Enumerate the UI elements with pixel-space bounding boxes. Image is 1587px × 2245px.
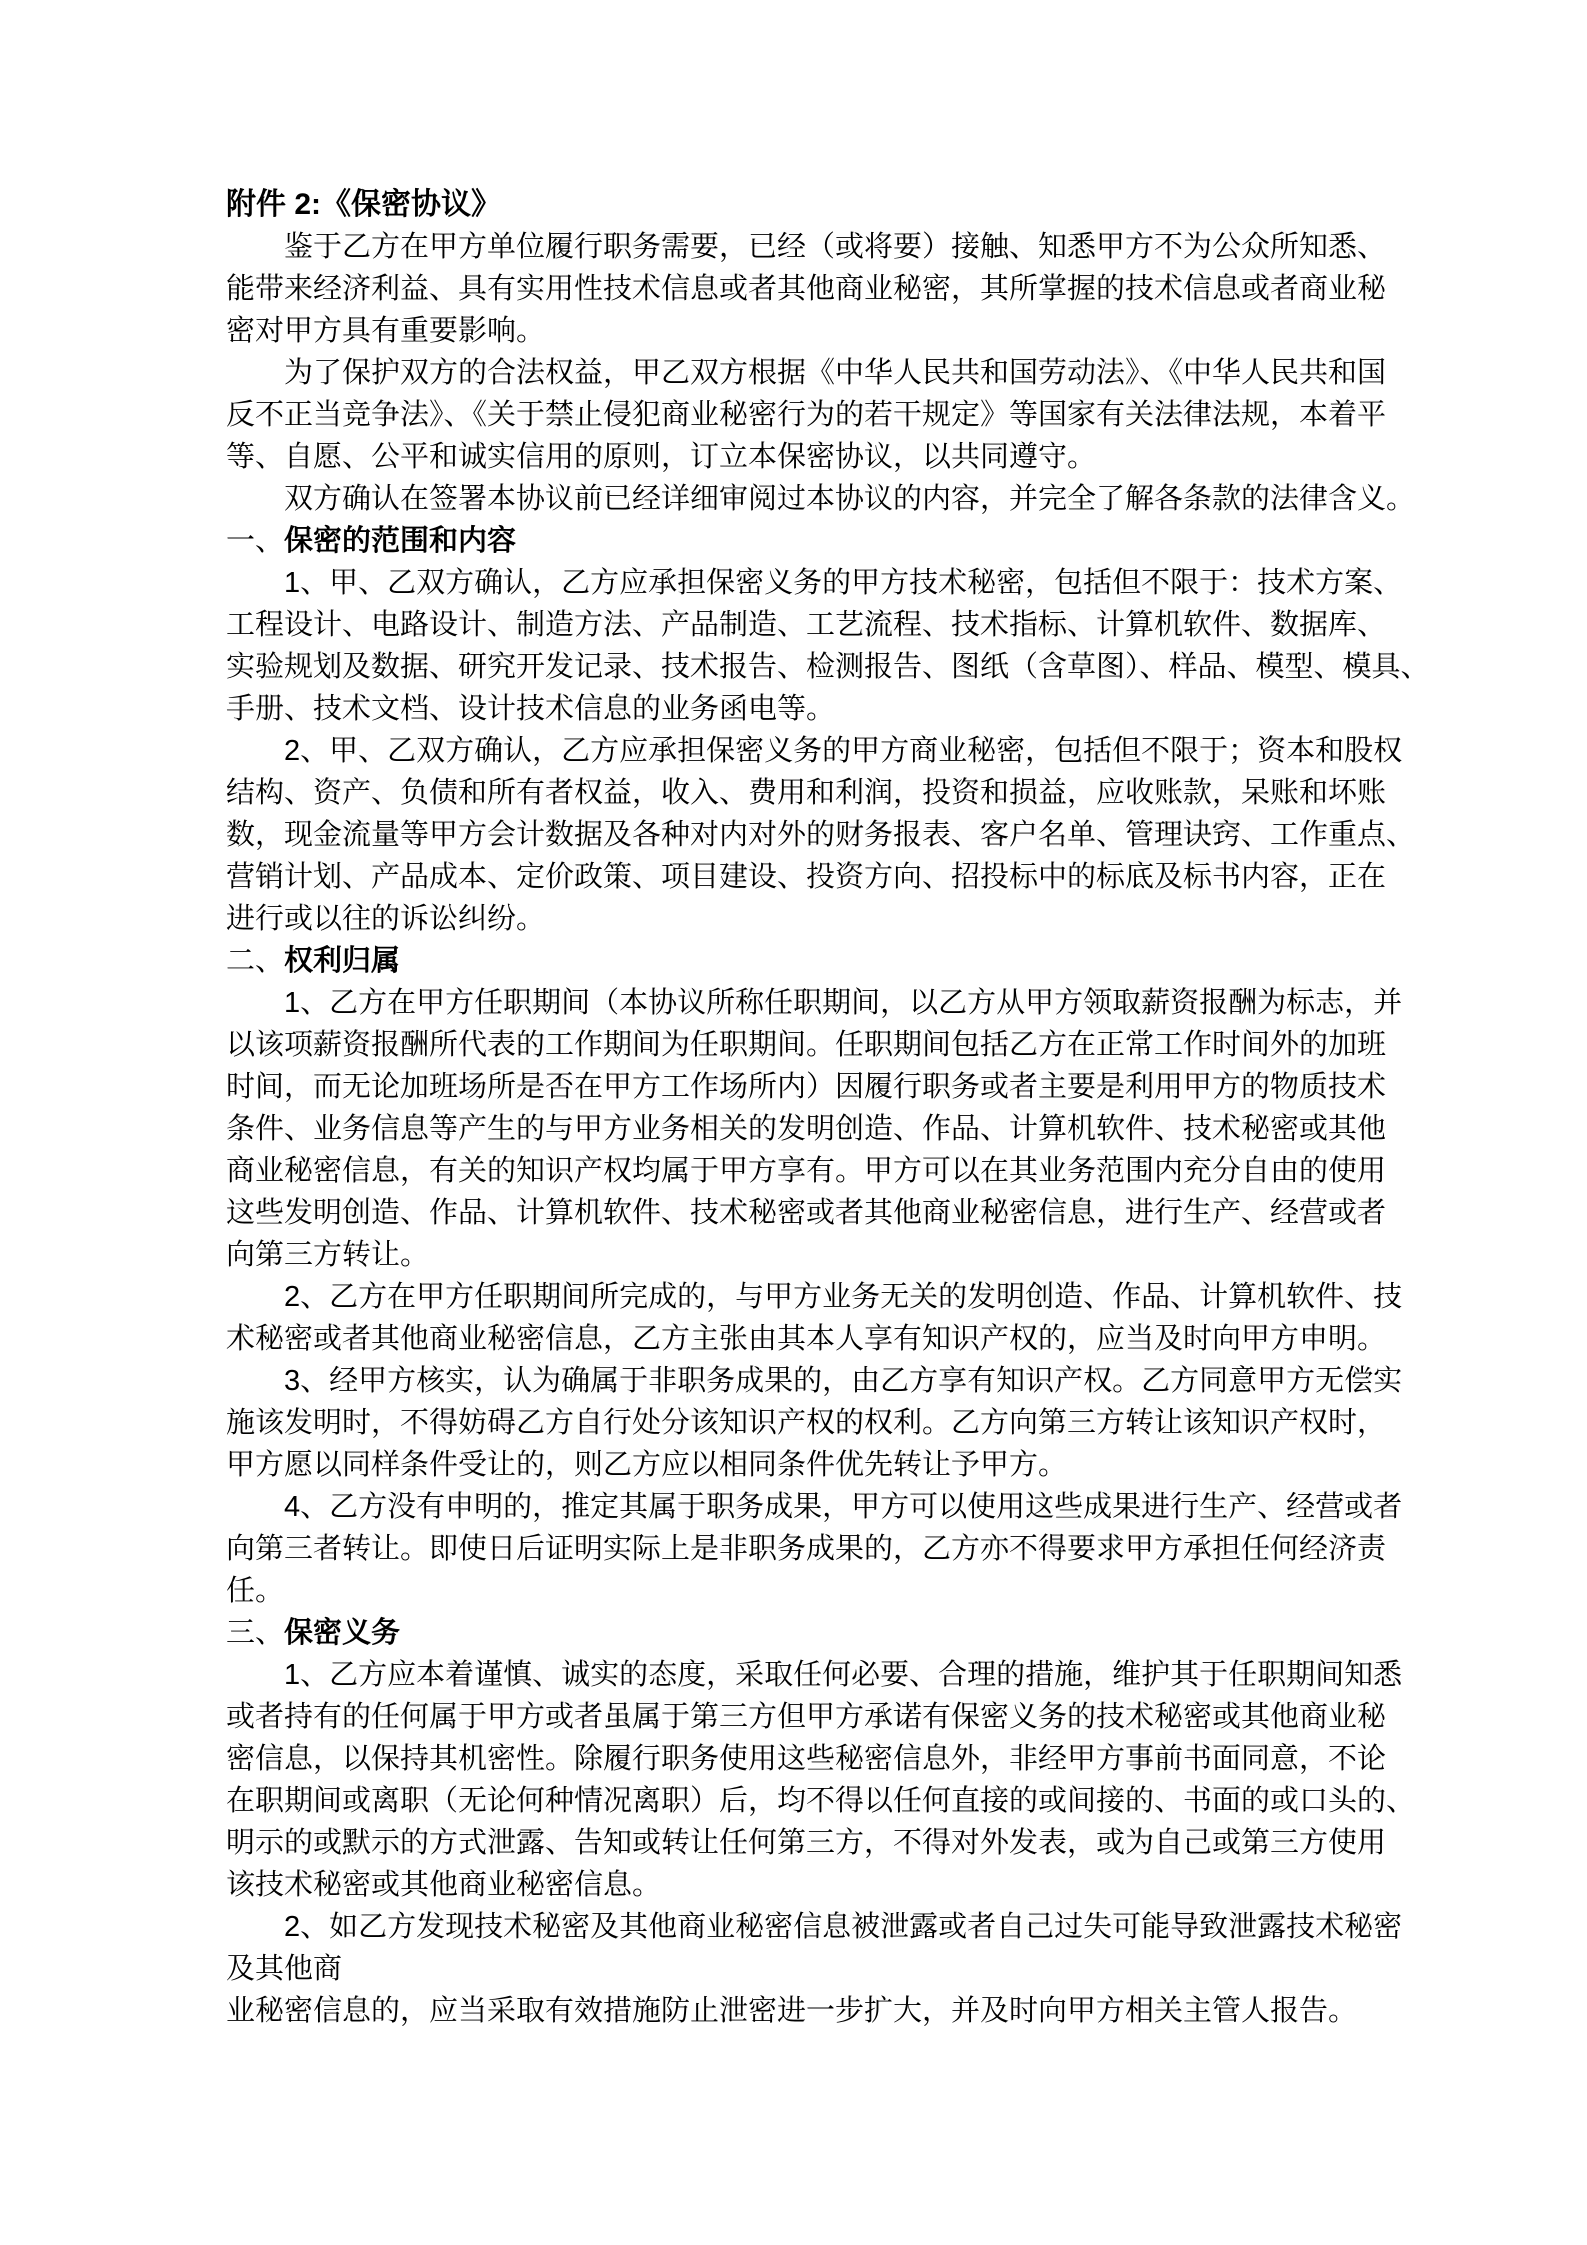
paragraph: 1、乙方在甲方任职期间（本协议所称任职期间，以乙方从甲方领取薪资报酬为标志，并 … xyxy=(226,982,1496,1276)
document-content: 附件 2:《保密协议》 鉴于乙方在甲方单位履行职务需要，已经（或将要）接触、知悉… xyxy=(226,184,1496,2032)
paragraph: 双方确认在签署本协议前已经详细审阅过本协议的内容，并完全了解各条款的法律含义。 xyxy=(226,478,1496,520)
paragraph: 3、经甲方核实，认为确属于非职务成果的，由乙方享有知识产权。乙方同意甲方无偿实 … xyxy=(226,1360,1496,1486)
section-number: 二、 xyxy=(226,945,284,977)
section-heading: 一、保密的范围和内容 xyxy=(226,520,1496,562)
section-heading: 三、保密义务 xyxy=(226,1612,1496,1654)
document-title: 附件 2:《保密协议》 xyxy=(226,184,1496,226)
section-number: 一、 xyxy=(226,525,284,557)
paragraph: 2、如乙方发现技术秘密及其他商业秘密信息被泄露或者自己过失可能导致泄露技术秘密 … xyxy=(226,1906,1496,2032)
section-title: 权利归属 xyxy=(284,945,400,977)
paragraph: 2、乙方在甲方任职期间所完成的，与甲方业务无关的发明创造、作品、计算机软件、技 … xyxy=(226,1276,1496,1360)
document-page: 附件 2:《保密协议》 鉴于乙方在甲方单位履行职务需要，已经（或将要）接触、知悉… xyxy=(0,0,1587,2245)
section-heading: 二、权利归属 xyxy=(226,940,1496,982)
section-number: 三、 xyxy=(226,1617,284,1649)
paragraph: 鉴于乙方在甲方单位履行职务需要，已经（或将要）接触、知悉甲方不为公众所知悉、 能… xyxy=(226,226,1496,352)
document-body: 鉴于乙方在甲方单位履行职务需要，已经（或将要）接触、知悉甲方不为公众所知悉、 能… xyxy=(226,226,1496,2032)
paragraph: 2、甲、乙双方确认，乙方应承担保密义务的甲方商业秘密，包括但不限于；资本和股权 … xyxy=(226,730,1496,940)
paragraph: 1、乙方应本着谨慎、诚实的态度，采取任何必要、合理的措施，维护其于任职期间知悉 … xyxy=(226,1654,1496,1906)
section-title: 保密的范围和内容 xyxy=(284,525,516,557)
paragraph: 4、乙方没有申明的，推定其属于职务成果，甲方可以使用这些成果进行生产、经营或者 … xyxy=(226,1486,1496,1612)
section-title: 保密义务 xyxy=(284,1617,400,1649)
paragraph: 1、甲、乙双方确认，乙方应承担保密义务的甲方技术秘密，包括但不限于：技术方案、 … xyxy=(226,562,1496,730)
paragraph: 为了保护双方的合法权益，甲乙双方根据《中华人民共和国劳动法》、《中华人民共和国 … xyxy=(226,352,1496,478)
